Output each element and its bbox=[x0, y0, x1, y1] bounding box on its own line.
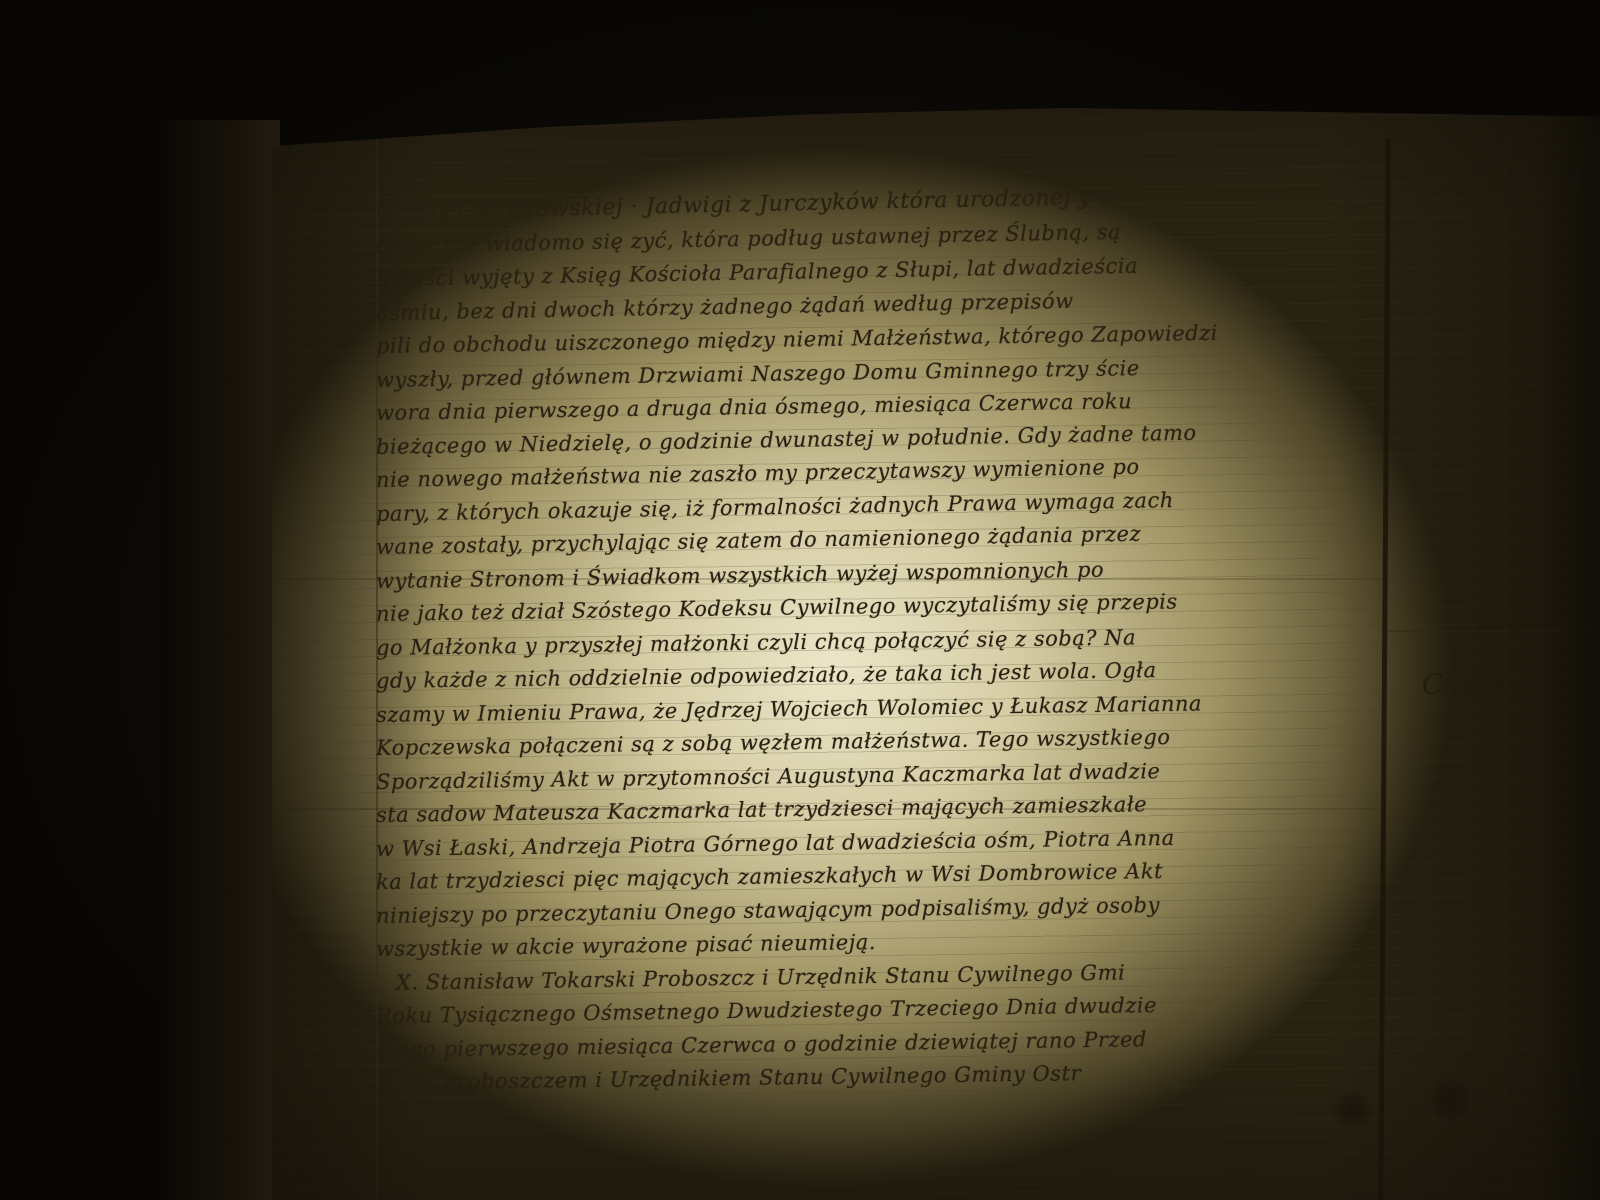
ink-blot bbox=[1432, 1078, 1468, 1122]
right-shadow bbox=[1540, 0, 1600, 1200]
entry-number-16: 16. bbox=[318, 1070, 363, 1103]
register-page: Gminy Ostrakowskiej · Jadwigi z Jurczykó… bbox=[272, 108, 1600, 1200]
page-gutter-fold bbox=[1378, 138, 1390, 1200]
photo-background: Gminy Ostrakowskiej · Jadwigi z Jurczykó… bbox=[0, 0, 1600, 1200]
register-entry-text: Gminy Ostrakowskiej · Jadwigi z Jurczykó… bbox=[376, 196, 1376, 1101]
book-spine-edge bbox=[160, 120, 280, 1200]
entry-place-16: Chom- bbox=[282, 1116, 368, 1146]
entry-place-17: Chom- bbox=[1422, 668, 1514, 701]
ink-blot bbox=[1332, 1093, 1372, 1127]
